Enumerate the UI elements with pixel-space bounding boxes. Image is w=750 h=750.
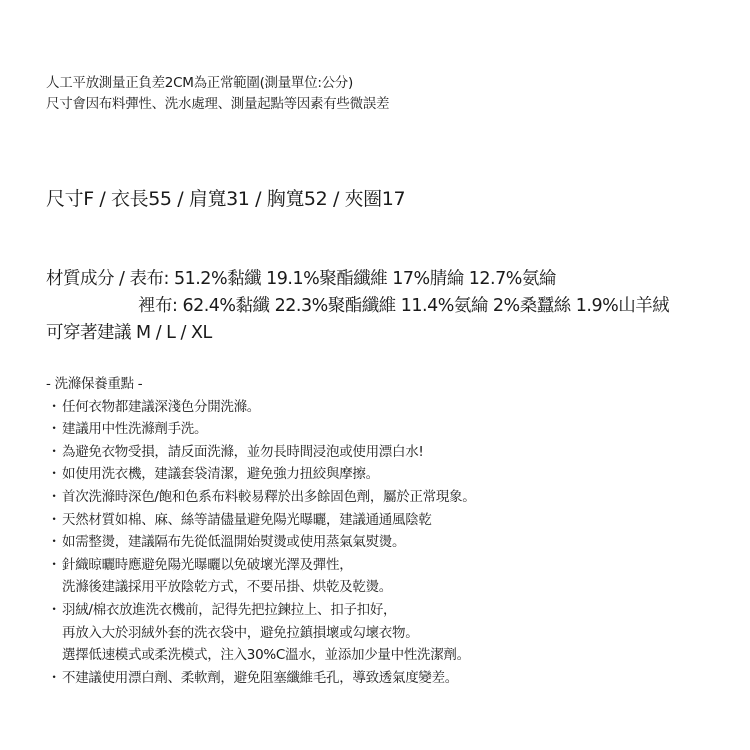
care-item-continuation: 選擇低速模式或柔洗模式，注入30%C溫水，並添加少量中性洗潔劑。 (46, 644, 475, 667)
care-item: ・針織晾曬時應避免陽光曝曬以免破壞光澤及彈性， (46, 554, 475, 577)
care-item: ・為避免衣物受損，請反面洗滌，並勿長時間浸泡或使用漂白水! (46, 441, 475, 464)
bullet-dot-icon: ・ (46, 554, 62, 577)
size-specs: 尺寸F / 衣長55 / 肩寬31 / 胸寬52 / 夾圈17 (46, 186, 405, 212)
measurement-note-tolerance: 人工平放測量正負差2CM為正常範圍(測量單位:公分) (46, 73, 389, 94)
care-item-text: 羽絨/棉衣放進洗衣機前，記得先把拉鍊拉上、扣子扣好， (62, 602, 396, 618)
care-item-text: 針織晾曬時應避免陽光曝曬以免破壞光澤及彈性， (62, 557, 352, 573)
measurement-note-variance: 尺寸會因布料彈性、洗水處理、測量起點等因素有些微誤差 (46, 94, 389, 115)
care-item: ・建議用中性洗滌劑手洗。 (46, 418, 475, 441)
suggested-sizes: 可穿著建議 M / L / XL (46, 320, 669, 347)
bullet-dot-icon: ・ (46, 667, 62, 690)
measurement-notes: 人工平放測量正負差2CM為正常範圍(測量單位:公分) 尺寸會因布料彈性、洗水處理… (46, 73, 389, 115)
bullet-dot-icon: ・ (46, 509, 62, 532)
care-item: ・任何衣物都建議深淺色分開洗滌。 (46, 396, 475, 419)
bullet-dot-icon: ・ (46, 396, 62, 419)
bullet-dot-icon: ・ (46, 441, 62, 464)
bullet-dot-icon: ・ (46, 463, 62, 486)
care-item: ・不建議使用漂白劑、柔軟劑，避免阻塞纖維毛孔，導致透氣度變差。 (46, 667, 475, 690)
care-item-continuation: 再放入大於羽絨外套的洗衣袋中，避免拉鎮損壞或勾壞衣物。 (46, 622, 475, 645)
care-item: ・如使用洗衣機，建議套袋清潔，避免強力扭絞與摩擦。 (46, 463, 475, 486)
care-item: ・如需整燙，建議隔布先從低溫開始熨燙或使用蒸氣氣熨燙。 (46, 531, 475, 554)
care-item-text: 不建議使用漂白劑、柔軟劑，避免阻塞纖維毛孔，導致透氣度變差。 (62, 670, 458, 686)
care-item-text: 天然材質如棉、麻、絲等請儘量避免陽光曝曬，建議通通風陰乾 (62, 512, 432, 528)
bullet-dot-icon: ・ (46, 486, 62, 509)
care-item-text: 建議用中性洗滌劑手洗。 (62, 421, 207, 437)
material-composition: 材質成分 / 表布: 51.2%黏纖 19.1%聚酯纖維 17%腈綸 12.7%… (46, 266, 669, 347)
care-heading: - 洗滌保養重點 - (46, 373, 475, 396)
care-item-text: 任何衣物都建議深淺色分開洗滌。 (62, 399, 260, 415)
material-lining-fabric: 裡布: 62.4%黏纖 22.3%聚酯纖維 11.4%氨綸 2%桑蠶絲 1.9%… (46, 293, 669, 320)
material-outer-fabric: 材質成分 / 表布: 51.2%黏纖 19.1%聚酯纖維 17%腈綸 12.7%… (46, 266, 669, 293)
care-item-text: 首次洗滌時深色/飽和色系布料較易釋於出多餘固色劑，屬於正常現象。 (62, 489, 475, 505)
care-item: ・首次洗滌時深色/飽和色系布料較易釋於出多餘固色劑，屬於正常現象。 (46, 486, 475, 509)
care-item: ・天然材質如棉、麻、絲等請儘量避免陽光曝曬，建議通通風陰乾 (46, 509, 475, 532)
care-item-text: 如需整燙，建議隔布先從低溫開始熨燙或使用蒸氣氣熨燙。 (62, 534, 405, 550)
care-item-text: 為避免衣物受損，請反面洗滌，並勿長時間浸泡或使用漂白水! (62, 444, 424, 460)
bullet-dot-icon: ・ (46, 599, 62, 622)
care-item: ・羽絨/棉衣放進洗衣機前，記得先把拉鍊拉上、扣子扣好， (46, 599, 475, 622)
care-item-continuation: 洗滌後建議採用平放陰乾方式，不要吊掛、烘乾及乾燙。 (46, 576, 475, 599)
care-instructions: - 洗滌保養重點 - ・任何衣物都建議深淺色分開洗滌。 ・建議用中性洗滌劑手洗。… (46, 373, 475, 689)
care-item-text: 如使用洗衣機，建議套袋清潔，避免強力扭絞與摩擦。 (62, 466, 379, 482)
bullet-dot-icon: ・ (46, 531, 62, 554)
bullet-dot-icon: ・ (46, 418, 62, 441)
